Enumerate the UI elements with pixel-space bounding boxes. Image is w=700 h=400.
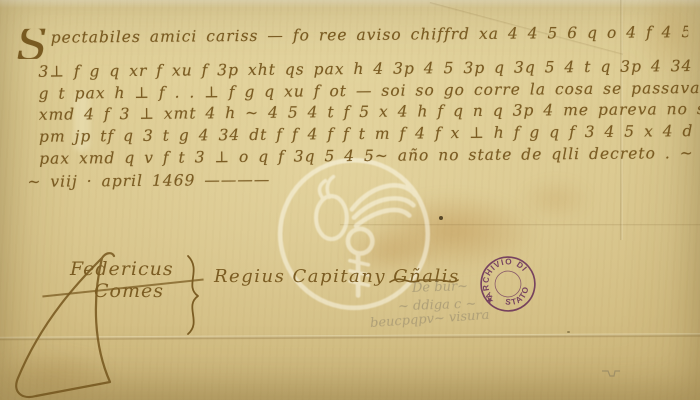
manuscript-photo: S pectabiles amici cariss — fo ree aviso…	[0, 0, 700, 400]
photo-vignette	[0, 0, 700, 400]
